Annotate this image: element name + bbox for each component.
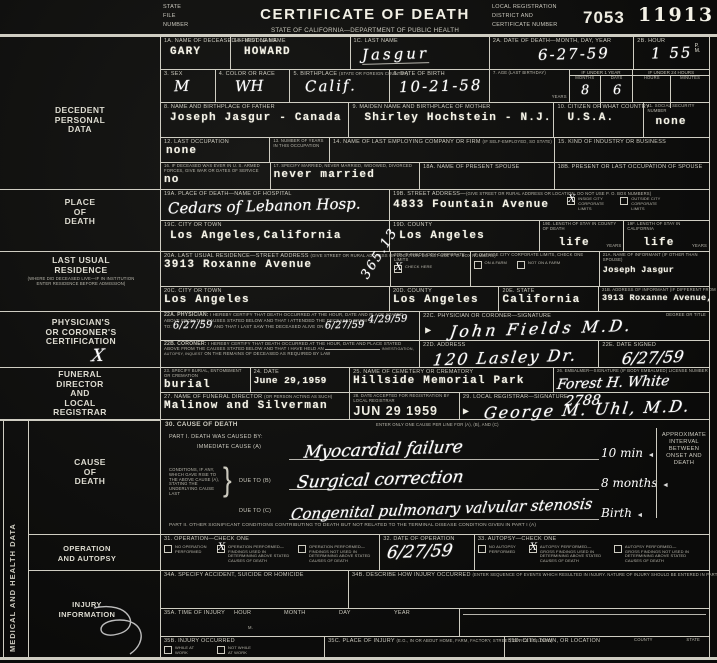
field-employing-company: 14. NAME OF LAST EMPLOYING COMPANY OR FI…: [330, 138, 555, 162]
while-at-work-checkbox: [164, 646, 172, 654]
form-grid: 1A. NAME OF DECEASED—FIRST NAME GARY 1B.…: [160, 37, 710, 659]
field-place-of-injury: 35C. PLACE OF INJURY (E.G., IN OR ABOUT …: [325, 637, 505, 659]
interval-c: Birth ◄: [601, 504, 643, 522]
field-middle-name: 1B. MIDDLE NAME HOWARD: [231, 37, 351, 69]
field-death-city: 19C. CITY OR TOWN Los Angeles,California: [161, 221, 390, 251]
field-citizenship: 10. CITIZEN OF WHAT COUNTRY U.S.A.: [554, 103, 644, 137]
section-operation-autopsy: OPERATIONAND AUTOPSY: [32, 544, 142, 563]
field-residence-county: 20D. COUNTY Los Angeles: [390, 287, 500, 311]
field-first-name: 1A. NAME OF DECEASED—FIRST NAME GARY: [161, 37, 231, 69]
operation-performed-checkbox: X: [217, 545, 225, 553]
field-hour-of-death: 2B. HOUR 1 55P.M.: [634, 37, 709, 69]
cause-line-b: Surgical correction: [289, 470, 599, 490]
on-farm-checkbox: [474, 261, 482, 269]
field-years-occupation: 13. NUMBER OF YEARS IN THIS OCCUPATION: [270, 138, 330, 162]
local-registration-label: LOCAL REGISTRATION DISTRICT AND CERTIFIC…: [492, 4, 557, 29]
field-inside-limits-check: 20B. IF INSIDE CITY CORPORATE LIMITS X C…: [391, 252, 471, 286]
no-operation-checkbox: [164, 545, 172, 553]
field-local-registrar-signature: 29. LOCAL REGISTRAR—SIGNATURE ▶ George M…: [460, 393, 709, 419]
field-cemetery-name: 25. NAME OF CEMETERY OR CREMATORY Hillsi…: [350, 368, 554, 392]
field-stay-california: 19F. LENGTH OF STAY IN CALIFORNIA life Y…: [624, 221, 709, 251]
operation-not-used-checkbox: [298, 545, 306, 553]
field-informant-address: 21B. ADDRESS OF INFORMANT (IF DIFFERENT …: [599, 287, 709, 311]
field-funeral-director: 27. NAME OF FUNERAL DIRECTOR (OR PERSON …: [161, 393, 350, 419]
autopsy-performed-checkbox: X: [529, 545, 537, 553]
field-spouse-name: 18A. NAME OF PRESENT SPOUSE: [420, 163, 555, 189]
cause-line-a: Myocardial failure: [289, 440, 599, 460]
section-cause-of-death: CAUSEOFDEATH: [55, 458, 125, 487]
field-embalmer-signature: 26. EMBALMER—SIGNATURE (IF BODY EMBALMED…: [554, 368, 709, 392]
field-outside-limits-check: IF OUTSIDE CITY CORPORATE LIMITS, CHECK …: [471, 252, 600, 286]
section-medical-health-data: MEDICAL AND HEALTH DATA: [8, 430, 17, 652]
handwritten-x-mark: X: [91, 346, 106, 367]
field-time-of-injury: 35A. TIME OF INJURY HOURM. MONTH DAY YEA…: [161, 609, 460, 636]
field-color-or-race: 4. COLOR OR RACE WH: [216, 70, 291, 102]
autopsy-not-used-checkbox: [614, 545, 622, 553]
state-file-number-label: STATE FILE NUMBER: [163, 4, 188, 29]
field-date-signed: 22E. DATE SIGNED 6/27/59: [599, 341, 709, 367]
outside-city-checkbox: [620, 197, 628, 205]
field-armed-forces: 16. IF DECEASED WAS EVER IN U. S. ARMED …: [161, 163, 271, 189]
field-death-street-address: 19B. STREET ADDRESS—(GIVE STREET OR RURA…: [390, 190, 709, 220]
field-date-of-birth: 6. DATE OF BIRTH 10-21-58: [390, 70, 490, 102]
field-autopsy: 33. AUTOPSY—CHECK ONE NO AUTOPSY PERFORM…: [475, 535, 709, 570]
certificate-title: CERTIFICATE OF DEATH STATE OF CALIFORNIA…: [240, 6, 490, 34]
section-decedent-personal-data: DECEDENTPERSONALDATA: [25, 106, 135, 135]
not-on-farm-checkbox: [517, 261, 525, 269]
field-burial-date: 24. DATE June 29,1959: [251, 368, 351, 392]
interval-label: APPROXIMATEINTERVAL BETWEENONSET AND DEA…: [656, 428, 711, 518]
field-last-occupation: 12. LAST OCCUPATION none: [161, 138, 270, 162]
field-marital-status: 17. SPECIFY MARRIED, NEVER MARRIED, WIDO…: [271, 163, 420, 189]
inside-city-checkbox: X: [567, 197, 575, 205]
no-autopsy-checkbox: [478, 545, 486, 553]
field-hospital-name: 19A. PLACE OF DEATH—NAME OF HOSPITAL Ced…: [161, 190, 390, 220]
section-physician-certification: PHYSICIAN'SOR CORONER'SCERTIFICATION: [20, 318, 142, 347]
handwritten-flourish: [82, 598, 156, 658]
cause-line-c: Congenital pulmonary valvular stenosis: [289, 500, 599, 520]
field-operation-date: 32. DATE OF OPERATION 6/27/59: [380, 535, 475, 570]
section-funeral-director: FUNERALDIRECTORAND LOCALREGISTRAR: [30, 370, 130, 418]
arrow-icon: ▶: [425, 325, 431, 334]
field-burial-type: 23. SPECIFY BURIAL, ENTOMBMENT OR CREMAT…: [161, 368, 251, 392]
field-accident-type: 34A. SPECIFY ACCIDENT, SUICIDE OR HOMICI…: [161, 571, 349, 608]
field-residence-street: 20A. LAST USUAL RESIDENCE—STREET ADDRESS…: [161, 252, 391, 286]
not-while-at-work-checkbox: [217, 646, 225, 654]
field-death-county: 19D. COUNTY Los Angeles: [390, 221, 539, 251]
district-number: 7053: [583, 8, 625, 28]
field-residence-city: 20C. CITY OR TOWN Los Angeles: [161, 287, 390, 311]
field-mother-name-birthplace: 9. MAIDEN NAME AND BIRTHPLACE OF MOTHER …: [349, 103, 554, 137]
injury-blank-area: [460, 609, 709, 636]
field-registration-date-stamp: 28. DATE ACCEPTED FOR REGISTRATION BY LO…: [350, 393, 460, 419]
field-industry: 15. KIND OF INDUSTRY OR BUSINESS: [555, 138, 709, 162]
field-age-under-1-year: IF UNDER 1 YEAR MONTHS 8 DAYS 6: [570, 70, 634, 102]
cause-of-death-block: 30. CAUSE OF DEATH ENTER ONLY ONE CAUSE …: [161, 420, 709, 535]
field-sex: 3. SEX M: [161, 70, 216, 102]
section-last-usual-residence: LAST USUAL RESIDENCE (WHERE DID DECEASED…: [22, 256, 140, 287]
field-age-under-24-hours: IF UNDER 24 HOURS HOURS MINUTES: [633, 70, 709, 102]
field-injury-city: 35D. CITY, TOWN, OR LOCATION COUNTY STAT…: [505, 637, 709, 659]
field-physician-signature: 22C. PHYSICIAN OR CORONER—SIGNATUREDEGRE…: [420, 312, 709, 340]
interval-a: 10 min ◄: [601, 444, 654, 462]
field-father-name-birthplace: 8. NAME AND BIRTHPLACE OF FATHER Joseph …: [161, 103, 349, 137]
field-residence-state: 20E. STATE California: [499, 287, 599, 311]
field-operation: 31. OPERATION—CHECK ONE NO OPERATION PER…: [161, 535, 380, 570]
field-social-security: 11. SOCIAL SECURITY NUMBER none: [644, 103, 709, 137]
arrow-icon: ▶: [463, 406, 469, 415]
field-last-name: 1C. LAST NAME Jasgur: [351, 37, 490, 69]
field-physician-certification: 22A. PHYSICIAN: I HEREBY CERTIFY THAT DE…: [161, 312, 420, 340]
field-coroner-certification: 22B. CORONER: I HEREBY CERTIFY THAT DEAT…: [161, 341, 420, 367]
field-injury-occurred: 35B. INJURY OCCURRED WHILE AT WORK NOT W…: [161, 637, 325, 659]
field-date-of-death: 2A. DATE OF DEATH—MONTH, DAY, YEAR 6-27-…: [490, 37, 634, 69]
field-stay-county: 19E. LENGTH OF STAY IN COUNTY OF DEATH l…: [540, 221, 625, 251]
field-how-injury-occurred: 34B. DESCRIBE HOW INJURY OCCURRED (ENTER…: [349, 571, 709, 608]
field-physician-address: 22D. ADDRESS 120 Lasley Dr.: [420, 341, 599, 367]
field-informant-name: 21A. NAME OF INFORMANT (IF OTHER THAN SP…: [600, 252, 709, 286]
field-spouse-occupation: 18B. PRESENT OR LAST OCCUPATION OF SPOUS…: [555, 163, 709, 189]
section-place-of-death: PLACEOFDEATH: [35, 198, 125, 227]
field-age: 7. AGE (LAST BIRTHDAY) YEARS: [490, 70, 570, 102]
residence-inside-city-checkbox: X: [394, 265, 402, 273]
death-certificate-scan: STATE FILE NUMBER CERTIFICATE OF DEATH S…: [0, 0, 717, 663]
certificate-number: 11913: [638, 4, 714, 26]
field-birthplace: 5. BIRTHPLACE (STATE OR FOREIGN COUNTRY)…: [290, 70, 390, 102]
